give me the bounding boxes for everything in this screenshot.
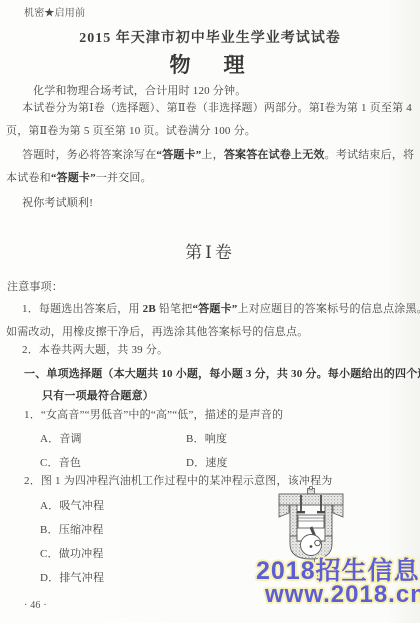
q2-option-c-text: 做功冲程 [59, 548, 104, 560]
q2-option-b: B．压缩冲程 [40, 524, 104, 537]
q1-option-c-text: 音色 [59, 457, 81, 469]
note-1-line-1: 1．每题选出答案后，用 2B 铅笔把“答题卡”上对应题目的答案标号的信息点涂黑。 [22, 303, 420, 316]
intro-duration-line: 化学和物理合场考试，合计用时 120 分钟。 [33, 85, 246, 98]
q1-option-a-text: 音调 [59, 433, 81, 445]
volume-one-heading: 第Ⅰ卷 [0, 238, 420, 263]
q2-option-a-label: A． [40, 500, 59, 512]
cylinder-head [279, 494, 343, 505]
intro-answer-rule-line-2: 本试卷和“答题卡”一并交回。 [6, 172, 152, 185]
intro-answer-rule-line-1: 答题时，务必将答案涂写在“答题卡”上，答案答在试卷上无效。考试结束后，将 [22, 149, 414, 162]
q1-option-a-label: A． [40, 433, 59, 445]
q2-option-d-text: 排气冲程 [59, 572, 104, 584]
note-1-line-2: 如需改动，用橡皮擦干净后，再选涂其他答案标号的信息点。 [6, 326, 308, 339]
q2-option-b-text: 压缩冲程 [59, 524, 104, 536]
q2-option-d: D．排气冲程 [40, 572, 104, 585]
section-1-heading-line-1: 一、单项选择题（本大题共 10 小题，每小题 3 分，共 30 分。每小题给出的… [24, 368, 420, 381]
q1-option-b-label: B． [186, 433, 205, 445]
question-1-text: 1．“女高音”“男低音”中的“高”“低”，描述的是声音的 [24, 409, 283, 422]
q1-option-d-label: D． [186, 457, 205, 469]
q1-option-d-text: 速度 [205, 457, 227, 469]
subject-title: 物 理 [0, 49, 420, 79]
section-1-heading-line-2: 只有一项最符合题意） [42, 390, 154, 403]
exam-title: 2015 年天津市初中毕业生学业考试试卷 [0, 27, 420, 47]
q1-option-a: A．音调 [40, 433, 82, 446]
q1-option-b-text: 响度 [205, 433, 227, 445]
piston [298, 515, 324, 528]
good-luck-line: 祝你考试顺利! [22, 197, 93, 210]
intro-structure-line-2: 页，第Ⅱ卷为第 5 页至第 10 页。试卷满分 100 分。 [6, 125, 256, 138]
note-2: 2．本卷共两大题，共 39 分。 [22, 344, 168, 357]
q1-option-c: C．音色 [40, 457, 81, 470]
q2-option-b-label: B． [40, 524, 59, 536]
exam-paper-page: 机密★启用前 2015 年天津市初中毕业生学业考试试卷 物 理 化学和物理合场考… [0, 0, 420, 623]
q1-option-d: D．速度 [186, 457, 228, 470]
q2-option-d-label: D． [40, 572, 59, 584]
q2-option-a-text: 吸气冲程 [59, 500, 104, 512]
q1-option-b: B．响度 [186, 433, 227, 446]
q2-option-c-label: C． [40, 548, 59, 560]
page-number: · 46 · [24, 599, 47, 612]
q2-option-c: C．做功冲程 [40, 548, 104, 561]
intro-structure-line-1: 本试卷分为第Ⅰ卷（选择题）、第Ⅱ卷（非选择题）两部分。第Ⅰ卷为第 1 页至第 4 [22, 102, 412, 115]
watermark-site-url: www.2018.cn [265, 581, 420, 609]
classification-label: 机密★启用前 [24, 7, 85, 20]
q2-option-a: A．吸气冲程 [40, 500, 104, 513]
notes-heading: 注意事项： [7, 281, 63, 294]
q1-option-c-label: C． [40, 457, 59, 469]
